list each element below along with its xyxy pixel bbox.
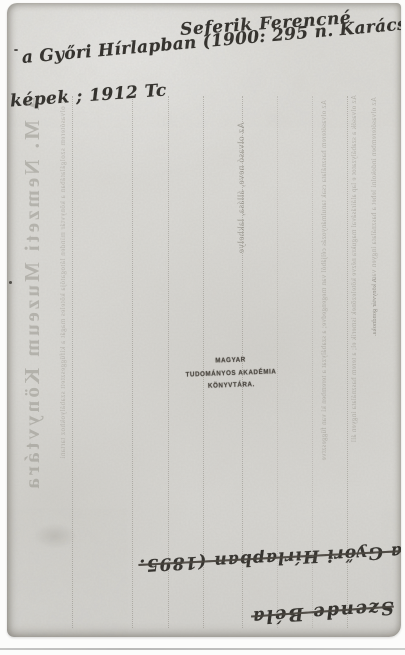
bleed-text-left-small: Az olvasóterem szolgálatában a könyvtár …	[58, 95, 69, 557]
scan-edge-line	[0, 648, 405, 650]
handwriting-crossed-out-source: a Győri Hírlapban (1895.	[140, 541, 401, 575]
ink-speck	[9, 281, 12, 284]
column-rule	[168, 96, 169, 628]
bleed-text-column-1: Az olvasóterem használata csak tanulmány…	[319, 100, 330, 532]
column-rule	[72, 96, 73, 628]
bleed-text-column-3: Az olvasóteremben indokolni lehet a hasz…	[369, 97, 380, 317]
column-rule	[132, 96, 133, 628]
handwriting-crossed-out-name: Szende Béla	[237, 597, 394, 629]
scanned-photo-verso: { "colors": { "background": "#fcfcfb", "…	[0, 0, 405, 655]
ink-speck	[14, 49, 18, 51]
handwriting-source-continuation: képek ; 1912 Tc	[9, 81, 167, 112]
bleed-text-column-4: A könyvtár gondnoka.	[370, 278, 379, 364]
library-stamp: MAGYAR TUDOMÁNYOS AKADÉMIA KÖNYVTÁRA.	[180, 353, 282, 394]
bleed-text-column-2: Az olvasók a szabályzatot e lap aláírásá…	[349, 95, 360, 523]
photo-verso-paper: A M. Nemzeti Muzeum Könyvtára Az olvasót…	[7, 3, 401, 637]
pencil-smudge	[33, 523, 77, 549]
bleed-text-left-large: A M. Nemzeti Muzeum Könyvtára	[15, 95, 49, 553]
